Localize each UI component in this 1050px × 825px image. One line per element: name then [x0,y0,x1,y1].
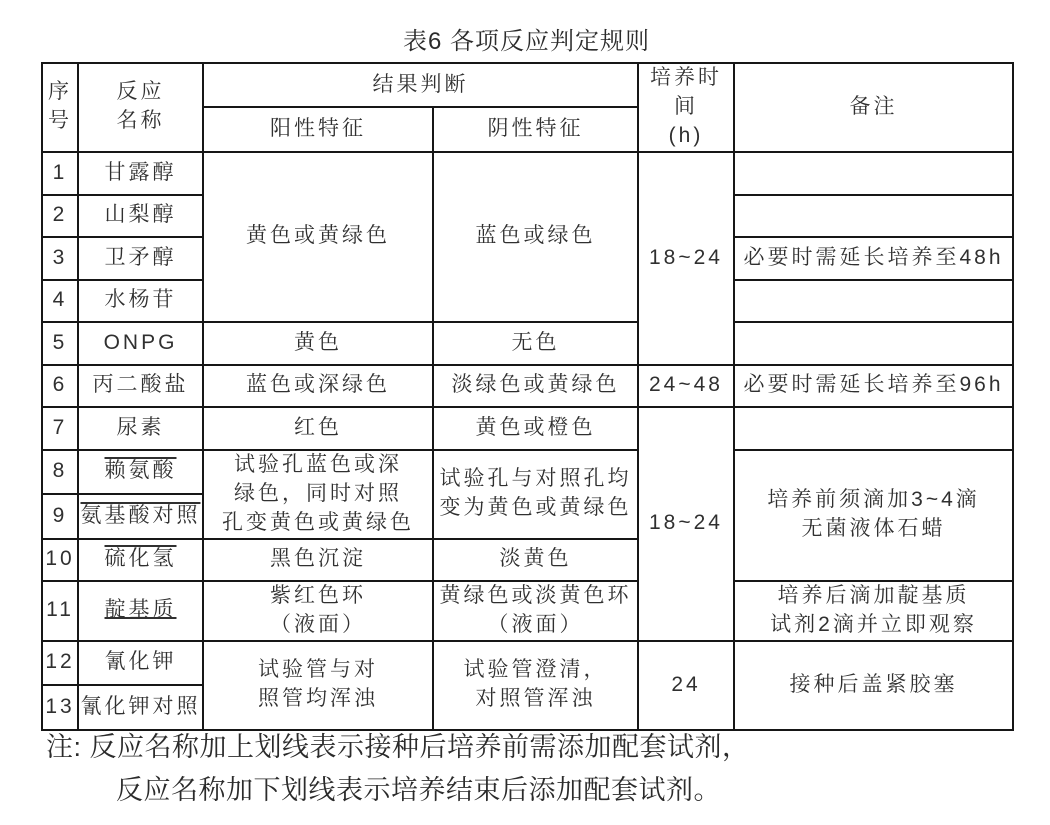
table-title: 表6 各项反应判定规则 [41,21,1012,56]
row-6-positive: 蓝色或深绿色 [203,365,433,407]
col-header-remarks: 备注 [734,63,1013,152]
col-header-seq: 序 号 [42,63,78,152]
row-1-name: 甘露醇 [78,152,203,195]
row-2-remark [734,195,1013,237]
rows-8-10-remark: 培养前须滴加3~4滴 无菌液体石蜡 [734,450,1013,581]
rows-12-13-culture-time: 24 [638,641,734,730]
row-5-negative: 无色 [433,322,638,365]
row-11-negative: 黄绿色或淡黄色环 （液面） [433,581,638,641]
reaction-judgment-rules-table: 序 号 反应 名称 结果判断 培养时间 (h) 备注 阳性特征 阴性特征 1 甘… [41,62,1014,731]
rows-12-13-negative: 试验管澄清， 对照管浑浊 [433,641,638,730]
rows-8-9-negative: 试验孔与对照孔均 变为黄色或黄绿色 [433,450,638,539]
row-7-positive: 红色 [203,407,433,450]
row-10-seq: 10 [42,539,78,581]
row-4-name: 水杨苷 [78,280,203,322]
row-3-seq: 3 [42,237,78,280]
rows-8-9-positive: 试验孔蓝色或深 绿色，同时对照 孔变黄色或黄绿色 [203,450,433,539]
row-11-seq: 11 [42,581,78,641]
col-header-result-judgment: 结果判断 [203,63,638,107]
col-header-negative: 阴性特征 [433,107,638,151]
row-6-seq: 6 [42,365,78,407]
row-12-name: 氰化钾 [78,641,203,685]
rows-1-4-positive: 黄色或黄绿色 [203,152,433,322]
row-8-name-overlined: 赖氨酸 [78,450,203,494]
row-5-remark [734,322,1013,365]
row-1-remark [734,152,1013,195]
rows-1-4-negative: 蓝色或绿色 [433,152,638,322]
rows-12-13-positive: 试验管与对 照管均浑浊 [203,641,433,730]
row-13-name: 氰化钾对照 [78,685,203,730]
row-10-name-overlined: 硫化氢 [78,539,203,581]
row-11-remark: 培养后滴加靛基质 试剂2滴并立即观察 [734,581,1013,641]
row-5-name: ONPG [78,322,203,365]
row-5-seq: 5 [42,322,78,365]
row-6-negative: 淡绿色或黄绿色 [433,365,638,407]
row-5-positive: 黄色 [203,322,433,365]
row-7-name: 尿素 [78,407,203,450]
row-12-seq: 12 [42,641,78,685]
row-10-negative: 淡黄色 [433,539,638,581]
footnote-line-1: 注: 反应名称加上划线表示接种后培养前需添加配套试剂， [46,726,750,769]
row-6-culture-time: 24~48 [638,365,734,407]
footnotes: 注: 反应名称加上划线表示接种后培养前需添加配套试剂， 反应名称加下划线表示培养… [46,726,750,812]
footnote-line-2: 反应名称加下划线表示培养结束后添加配套试剂。 [116,769,750,812]
row-2-name: 山梨醇 [78,195,203,237]
row-2-seq: 2 [42,195,78,237]
row-7-negative: 黄色或橙色 [433,407,638,450]
row-7-seq: 7 [42,407,78,450]
row-4-seq: 4 [42,280,78,322]
row-1-seq: 1 [42,152,78,195]
row-7-remark [734,407,1013,450]
row-13-seq: 13 [42,685,78,730]
row-4-remark [734,280,1013,322]
rows-7-11-culture-time: 18~24 [638,407,734,641]
rows-12-13-remark: 接种后盖紧胶塞 [734,641,1013,730]
col-header-reaction-name: 反应 名称 [78,63,203,152]
document-page: 表6 各项反应判定规则 序 号 反应 名称 结果判断 培养时间 (h) 备注 阳… [0,0,1050,825]
row-8-seq: 8 [42,450,78,494]
row-9-seq: 9 [42,494,78,539]
row-3-remark: 必要时需延长培养至48h [734,237,1013,280]
row-6-name: 丙二酸盐 [78,365,203,407]
row-9-name-overlined: 氨基酸对照 [78,494,203,539]
row-3-name: 卫矛醇 [78,237,203,280]
col-header-culture-time: 培养时间 (h) [638,63,734,152]
row-6-remark: 必要时需延长培养至96h [734,365,1013,407]
row-11-positive: 紫红色环 （液面） [203,581,433,641]
row-10-positive: 黑色沉淀 [203,539,433,581]
rows-1-5-culture-time: 18~24 [638,152,734,365]
row-11-name-underlined: 靛基质 [78,581,203,641]
col-header-positive: 阳性特征 [203,107,433,151]
